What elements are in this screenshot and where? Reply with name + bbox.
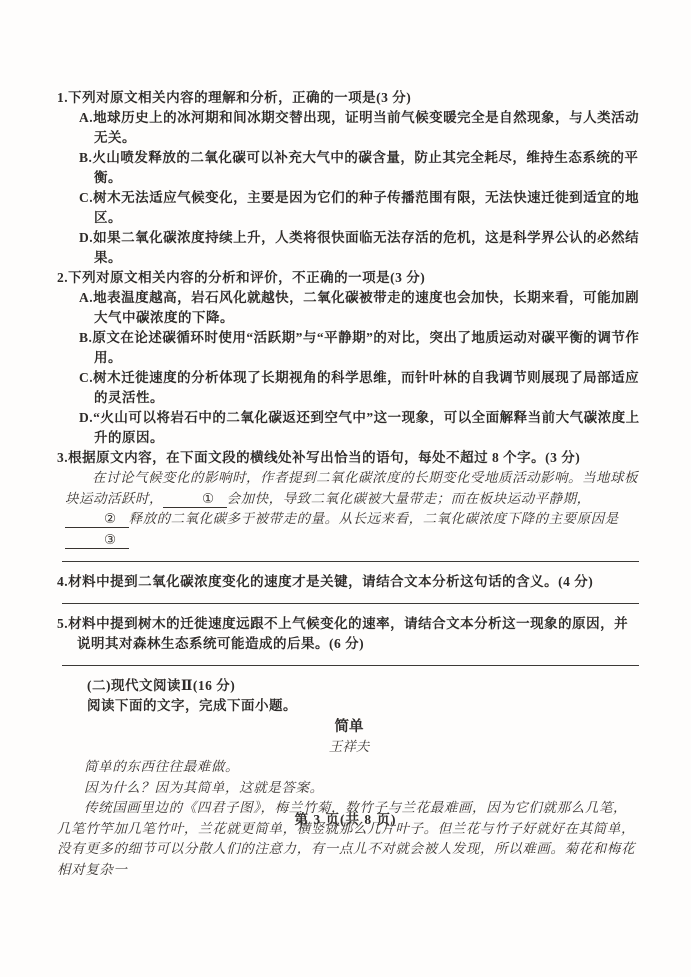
question-2-option-c: C.树木迁徙速度的分析体现了长期视角的科学思维，而针叶林的自我调节则展现了局部适…: [57, 368, 641, 408]
question-4: 4.材料中提到二氧化碳浓度变化的速度才是关键，请结合文本分析这句话的含义。(4 …: [57, 572, 641, 592]
reading-section-2: (二)现代文阅读Ⅱ(16 分) 阅读下面的文字，完成下面小题。 简单 王祥夫 简…: [57, 676, 641, 880]
answer-blank: ③: [65, 531, 129, 549]
section-divider: [62, 603, 639, 604]
question-2-stem: 2.下列对原文相关内容的分析和评价，不正确的一项是(3 分): [57, 268, 641, 288]
question-1: 1.下列对原文相关内容的理解和分析，正确的一项是(3 分) A.地球历史上的冰河…: [57, 88, 641, 268]
answer-blank: ①: [163, 490, 227, 508]
question-2: 2.下列对原文相关内容的分析和评价，不正确的一项是(3 分) A.地表温度越高，…: [57, 268, 641, 448]
essay-paragraph-2: 因为什么？因为其简单，这就是答案。: [57, 778, 641, 799]
question-1-option-a: A.地球历史上的冰河期和间冰期交替出现，证明当前气候变暖完全是自然现象，与人类活…: [57, 108, 641, 148]
question-1-option-d: D.如果二氧化碳浓度持续上升，人类将很快面临无法存活的危机，这是科学界公认的必然…: [57, 228, 641, 268]
question-2-option-a: A.地表温度越高，岩石风化就越快，二氧化碳被带走的速度也会加快，长期来看，可能加…: [57, 288, 641, 328]
question-1-option-c: C.树木无法适应气候变化，主要是因为它们的种子传播范围有限，无法快速迁徙到适宜的…: [57, 188, 641, 228]
section-divider: [62, 561, 639, 562]
question-1-stem: 1.下列对原文相关内容的理解和分析，正确的一项是(3 分): [57, 88, 641, 108]
exam-page: 1.下列对原文相关内容的理解和分析，正确的一项是(3 分) A.地球历史上的冰河…: [0, 0, 691, 977]
question-2-option-b: B.原文在论述碳循环时使用“活跃期”与“平静期”的对比，突出了地质运动对碳平衡的…: [57, 328, 641, 368]
question-3: 3.根据原文内容，在下面文段的横线处补写出恰当的语句，每处不超过 8 个字。(3…: [57, 448, 641, 550]
question-3-passage: 在讨论气候变化的影响时，作者提到二氧化碳浓度的长期变化受地质活动影响。当地球板块…: [65, 468, 641, 550]
question-4-stem: 4.材料中提到二氧化碳浓度变化的速度才是关键，请结合文本分析这句话的含义。(4 …: [57, 572, 641, 592]
question-5-stem: 5.材料中提到树木的迁徙速度远跟不上气候变化的速率，请结合文本分析这一现象的原因…: [57, 614, 641, 654]
essay-title: 简单: [57, 717, 641, 737]
question-1-option-b: B.火山喷发释放的二氧化碳可以补充大气中的碳含量，防止其完全耗尽，维持生态系统的…: [57, 148, 641, 188]
section-divider: [62, 665, 639, 666]
page-number: 第 3 页(共 8 页): [0, 810, 691, 830]
question-2-option-d: D.“火山可以将岩石中的二氧化碳返还到空气中”这一现象，可以全面解释当前大气碳浓…: [57, 408, 641, 448]
question-5: 5.材料中提到树木的迁徙速度远跟不上气候变化的速率，请结合文本分析这一现象的原因…: [57, 614, 641, 654]
essay-paragraph-1: 简单的东西往往最难做。: [57, 757, 641, 778]
reading-2-heading: (二)现代文阅读Ⅱ(16 分): [87, 676, 641, 696]
answer-blank: ②: [65, 510, 129, 528]
reading-2-instruction: 阅读下面的文字，完成下面小题。: [87, 696, 641, 716]
essay-author: 王祥夫: [57, 737, 641, 757]
question-3-stem: 3.根据原文内容，在下面文段的横线处补写出恰当的语句，每处不超过 8 个字。(3…: [57, 448, 641, 468]
